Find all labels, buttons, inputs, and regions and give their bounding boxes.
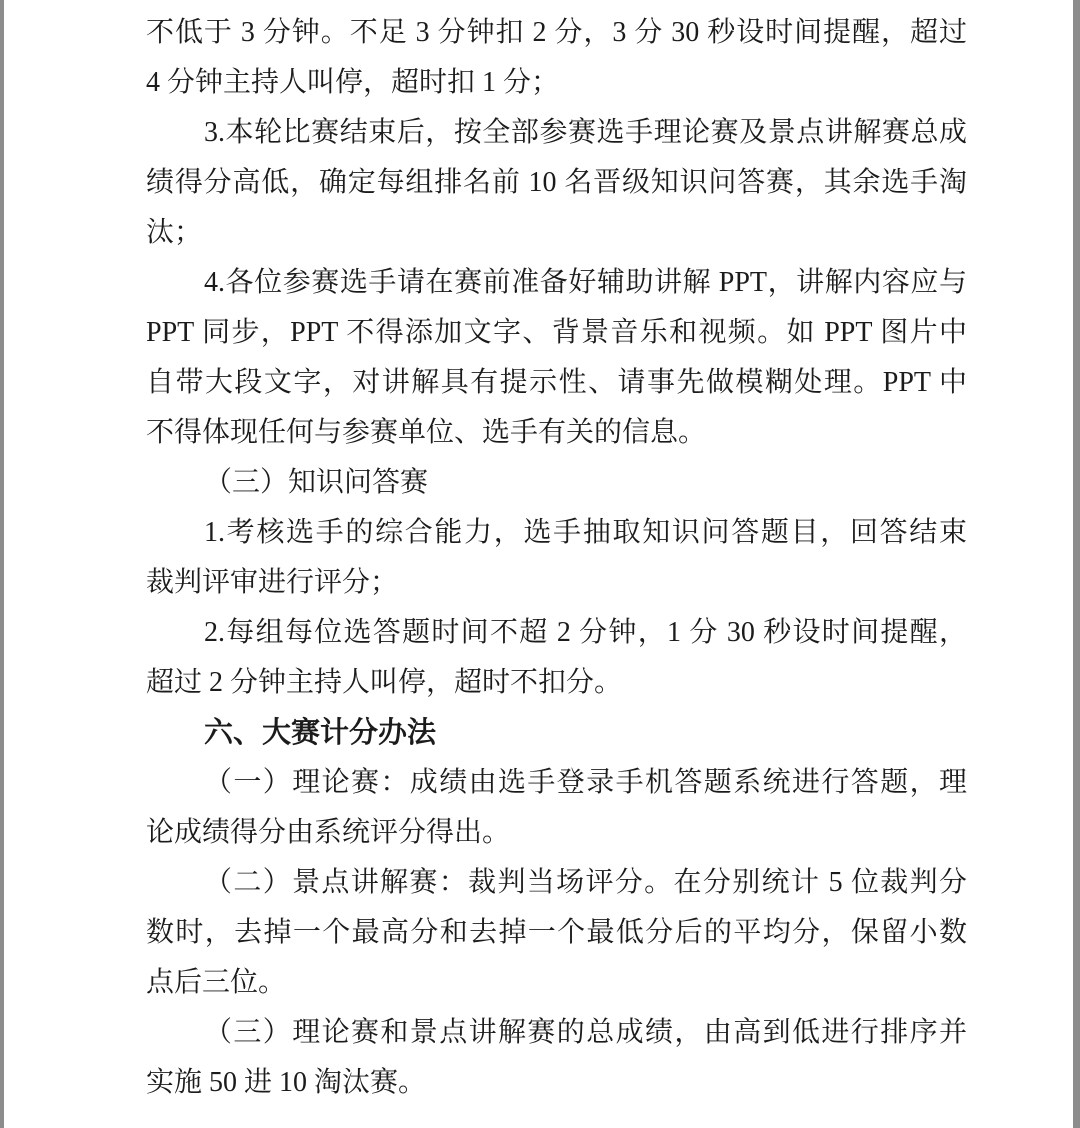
text-line: 不低于 3 分钟。不足 3 分钟扣 2 分，3 分 30 秒设时间提醒，超过 xyxy=(146,8,967,58)
text-line: PPT 同步，PPT 不得添加文字、背景音乐和视频。如 PPT 图片中 xyxy=(146,308,967,358)
text-line: 4 分钟主持人叫停，超时扣 1 分； xyxy=(146,58,967,108)
document-body: 不低于 3 分钟。不足 3 分钟扣 2 分，3 分 30 秒设时间提醒，超过4 … xyxy=(146,8,967,1108)
viewer-background-right-edge xyxy=(1073,0,1080,1128)
text-line: 汰； xyxy=(146,208,967,258)
text-line: 2.每组每位选答题时间不超 2 分钟，1 分 30 秒设时间提醒， xyxy=(146,608,967,658)
viewer-background-left-edge xyxy=(0,0,4,1128)
text-line: 数时，去掉一个最高分和去掉一个最低分后的平均分，保留小数 xyxy=(146,908,967,958)
text-line: 4.各位参赛选手请在赛前准备好辅助讲解 PPT，讲解内容应与 xyxy=(146,258,967,308)
document-page: 不低于 3 分钟。不足 3 分钟扣 2 分，3 分 30 秒设时间提醒，超过4 … xyxy=(0,0,1080,1128)
text-line: （三）理论赛和景点讲解赛的总成绩，由高到低进行排序并 xyxy=(146,1008,967,1058)
text-line: 1.考核选手的综合能力，选手抽取知识问答题目，回答结束后， xyxy=(146,508,967,558)
text-line: 3.本轮比赛结束后，按全部参赛选手理论赛及景点讲解赛总成 xyxy=(146,108,967,158)
section-heading: 六、大赛计分办法 xyxy=(146,708,967,758)
text-line: （二）景点讲解赛：裁判当场评分。在分别统计 5 位裁判分 xyxy=(146,858,967,908)
text-line: （一）理论赛：成绩由选手登录手机答题系统进行答题，理 xyxy=(146,758,967,808)
text-line: 绩得分高低，确定每组排名前 10 名晋级知识问答赛，其余选手淘 xyxy=(146,158,967,208)
text-line: （三）知识问答赛 xyxy=(146,458,967,508)
text-line: 点后三位。 xyxy=(146,958,967,1008)
text-line: 实施 50 进 10 淘汰赛。 xyxy=(146,1058,967,1108)
text-line: 不得体现任何与参赛单位、选手有关的信息。 xyxy=(146,408,967,458)
text-line: 自带大段文字，对讲解具有提示性、请事先做模糊处理。PPT 中 xyxy=(146,358,967,408)
text-line: 超过 2 分钟主持人叫停，超时不扣分。 xyxy=(146,658,967,708)
text-line: 裁判评审进行评分； xyxy=(146,558,967,608)
text-line: 论成绩得分由系统评分得出。 xyxy=(146,808,967,858)
